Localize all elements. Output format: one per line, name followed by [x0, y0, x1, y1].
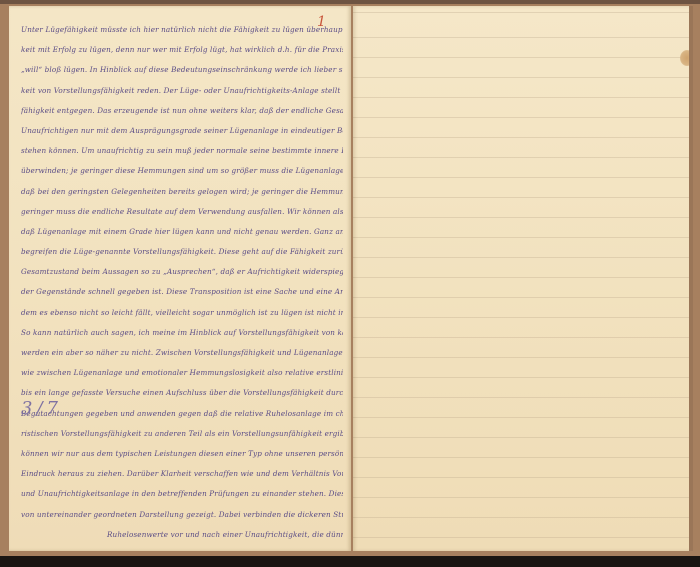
manuscript-line: geringer muss die endliche Resultate auf…: [21, 202, 343, 222]
manuscript-line: Unaufrichtigen nur mit dem Ausprägungsgr…: [21, 121, 343, 141]
manuscript-line: von untereinander geordneten Darstellung…: [21, 505, 343, 525]
manuscript-line: Eindruck heraus zu ziehen. Darüber Klarh…: [21, 464, 343, 484]
manuscript-line: ristischen Vorstellungsfähigkeit zu ande…: [21, 424, 343, 444]
manuscript-line: begreifen die Lüge-genannte Vorstellungs…: [21, 242, 343, 262]
manuscript-line: fähigkeit entgegen. Das erzeugende ist n…: [21, 101, 343, 121]
manuscript-line: „will“ bloß lügen. In Hinblick auf diese…: [21, 60, 343, 80]
handwritten-text: Unter Lügefähigkeit müsste ich hier natü…: [21, 20, 343, 551]
manuscript-line: daß Lügenanlage mit einem Grade hier lüg…: [21, 222, 343, 242]
manuscript-line: wie zwischen Lügenanlage und emotionaler…: [21, 363, 343, 383]
manuscript-line: überwinden; je geringer diese Hemmungen …: [21, 161, 343, 181]
manuscript-line: und Unaufrichtigkeitsanlage in den betre…: [21, 484, 343, 504]
right-page-blank-ruled: [353, 6, 693, 551]
manuscript-line: Unter Lügefähigkeit müsste ich hier natü…: [21, 20, 343, 40]
manuscript-line: bis ein lange gefasste Versuche einen Au…: [21, 383, 343, 403]
manuscript-line: werden ein aber so näher zu nicht. Zwisc…: [21, 343, 343, 363]
manuscript-line: Ruhelosenwerte vor und nach einer Unaufr…: [21, 525, 343, 545]
manuscript-line: Begutachtungen gegeben und anwenden gege…: [21, 404, 343, 424]
manuscript-spread: 1 Unter Lügefähigkeit müsste ich hier na…: [9, 6, 695, 551]
manuscript-line: So kann natürlich auch sagen, ich meine …: [21, 323, 343, 343]
margin-note: 3/7: [21, 398, 62, 419]
manuscript-line: dem es ebenso nicht so leicht fällt, vie…: [21, 303, 343, 323]
manuscript-line: daß bei den geringsten Gelegenheiten ber…: [21, 182, 343, 202]
manuscript-line: Aufrichtigkeit. Man sieht daß sowohl die…: [21, 545, 343, 551]
page-edge: [689, 6, 693, 551]
manuscript-line: der Gegenstände schnell gegeben ist. Die…: [21, 282, 343, 302]
manuscript-line: Gesamtzustand beim Aussagen so zu „Auspr…: [21, 262, 343, 282]
scan-top-edge: [0, 0, 700, 4]
scan-bottom-edge: [0, 556, 700, 567]
left-page: 1 Unter Lügefähigkeit müsste ich hier na…: [9, 6, 351, 551]
manuscript-line: keit von Vorstellungsfähigkeit reden. De…: [21, 81, 343, 101]
manuscript-line: keit mit Erfolg zu lügen, denn nur wer m…: [21, 40, 343, 60]
manuscript-line: können wir nur aus dem typischen Leistun…: [21, 444, 343, 464]
manuscript-line: stehen können. Um unaufrichtig zu sein m…: [21, 141, 343, 161]
